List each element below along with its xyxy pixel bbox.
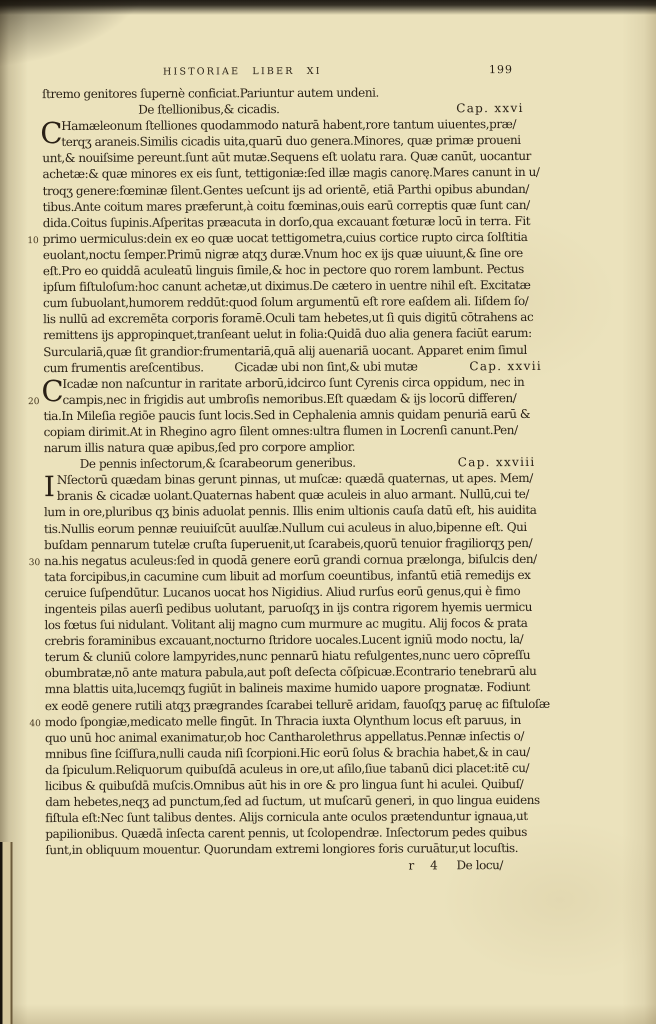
body-text: cum frumentis areſcentibus. [43, 360, 203, 375]
body-text: terum & cluniū colore lampyrides,nunc pe… [45, 648, 531, 664]
body-text: dida.Coitus ſupinis.Aſperitas præacuta i… [43, 214, 530, 230]
margin-line-number: 30 [25, 555, 40, 571]
body-text: ingenteis pilas auerſi pedibus uolutant,… [44, 600, 532, 616]
catchword: De locu/ [456, 857, 503, 873]
body-text: Surculariā,quæ ſit grandior:frumentariā,… [43, 342, 527, 358]
body-text: euolant,noctu ſemper.Primū nigræ atqʒ du… [43, 246, 523, 262]
body-text: troqʒ genere:fœminæ ſilent.Gentes ueſcun… [43, 182, 529, 198]
body-text: fiſtula eſt:Nec ſunt talibus dentes. Ali… [45, 809, 527, 825]
body-text: obumbratæ,nō ante matura pabula,aut poſt… [45, 664, 537, 680]
body-text: unt,& nouiſsime pereunt.ſunt aūt mutæ.Se… [42, 149, 531, 165]
body-text: mnibus ſine ſciſſura,nulli cauda niſi ſc… [45, 745, 530, 761]
body-text: lis nullū ad excremēta corporis foramē.O… [43, 310, 533, 326]
body-text: eſt.Pro eo quiddā aculeatū linguis ſimil… [43, 262, 524, 278]
body-text: crebris foraminibus excauant,nocturno ſt… [44, 632, 523, 648]
body-text: copiam dirimit.At in Rhegino agro ſilent… [44, 423, 518, 439]
body-text: terqʒ araneis.Similis cicadis uita,quarū… [61, 133, 520, 149]
body-text: buſdam pennarum tutelæ cruſta ſuperuenit… [44, 536, 532, 552]
page-edge-stack [0, 842, 14, 1024]
body-text: modo ſpongiæ,medicato melle fingūt. In T… [45, 713, 521, 729]
margin-line-number: 40 [26, 716, 41, 732]
chapter-number: Cap. xxviii [458, 454, 536, 470]
page-number: 199 [489, 63, 513, 76]
body-text: Nſectorū quædam binas gerunt pinnas, ut … [57, 471, 533, 487]
body-text: ſunt,in obliquum mouentur. Quorundam ext… [45, 841, 518, 857]
text-block-lines: ſtremo genitores ſupernè conficiat.Pariu… [42, 84, 547, 875]
chapter-title: De pennis inſectorum,& ſcarabeorum gener… [80, 455, 356, 472]
body-text: achetæ:& quæ minores ex eis ſunt, tettig… [42, 165, 539, 181]
body-text: campis,nec in frigidis aut umbroſis nemo… [62, 391, 516, 407]
body-text: tis.Nullis eorum pennæ reuiuiſcūt auulſæ… [44, 520, 527, 536]
body-text: narum illis natura quæ apibus,ſed pro co… [44, 440, 355, 455]
body-text: lum in ore,pluribus qʒ binis aduolat pen… [44, 503, 537, 519]
body-text: Hamæleonum ſtelliones quodammodo naturā … [61, 117, 516, 133]
body-text: cum ſubuolant,humorem reddūt:quod ſolum … [43, 294, 528, 310]
body-text: tata forcipibus,in cacumine cum libuit a… [44, 568, 530, 584]
signature-line: r 4De locu/ [45, 856, 547, 874]
body-text: tia.In Mileſia regiōe paucis ſunt locis.… [44, 407, 531, 423]
body-text: papilionibus. Quædā inſecta carent penni… [45, 825, 527, 841]
body-text: ceruice ſuſpendūtur. Lucanos uocat hos N… [44, 584, 520, 600]
body-text: primo uermiculus:dein ex eo quæ uocat te… [43, 230, 528, 246]
body-text: branis & cicadæ uolant.Quaternas habent … [57, 487, 529, 503]
body-text: Icadæ non naſcuntur in raritate arborū,i… [62, 375, 524, 391]
body-text: licibus & quibuſdā muſcis.Omnibus aūt hi… [45, 777, 523, 793]
book-page: HISTORIAE LIBER XI 199 ſtremo genitores … [0, 0, 656, 1024]
body-text: remittens ijs appropinquet,tranſeant uel… [43, 326, 532, 342]
signature-mark: r 4 [408, 857, 443, 873]
body-text: mna blattis uita,lucemqʒ fugiūt in balin… [45, 680, 530, 696]
chapter-number: Cap. xxvii [469, 358, 542, 374]
margin-line-number: 20 [24, 394, 39, 410]
book-photo: HISTORIAE LIBER XI 199 ſtremo genitores … [0, 0, 656, 1024]
running-header-title: HISTORIAE LIBER XI [163, 66, 322, 78]
body-text: los fœtus ſui nidulant. Volitant alij ma… [44, 616, 527, 632]
body-text: dam hebetes,neqʒ ad punctum,ſed ad ſuctu… [45, 793, 540, 809]
body-text: ipſum fiſtuloſum:hoc canunt achetæ,ut di… [43, 278, 531, 294]
chapter-number: Cap. xxvi [456, 100, 524, 116]
chapter-title: Cicadæ ubi non ſint,& ubi mutæ [234, 358, 417, 375]
text-block: HISTORIAE LIBER XI 199 ſtremo genitores … [42, 63, 548, 875]
body-text: da ſpiculum.Reliquorum quibuſdā aculeus … [45, 761, 529, 777]
body-text: quo unū hoc animal exanimatur,ob hoc Can… [45, 729, 524, 745]
body-text: ex eodē genere rutili atqʒ prægrandes ſc… [45, 696, 550, 712]
chapter-title: De ſtellionibus,& cicadis. [138, 101, 279, 118]
margin-line-number: 10 [24, 233, 39, 249]
body-text: ſtremo genitores ſupernè conficiat.Pariu… [42, 86, 379, 101]
body-text: tibus.Ante coitum mares præferunt,à coit… [43, 198, 530, 214]
running-header: HISTORIAE LIBER XI 199 [42, 63, 544, 81]
body-text: na.his negatus aculeus:ſed in quodā gene… [44, 552, 537, 568]
